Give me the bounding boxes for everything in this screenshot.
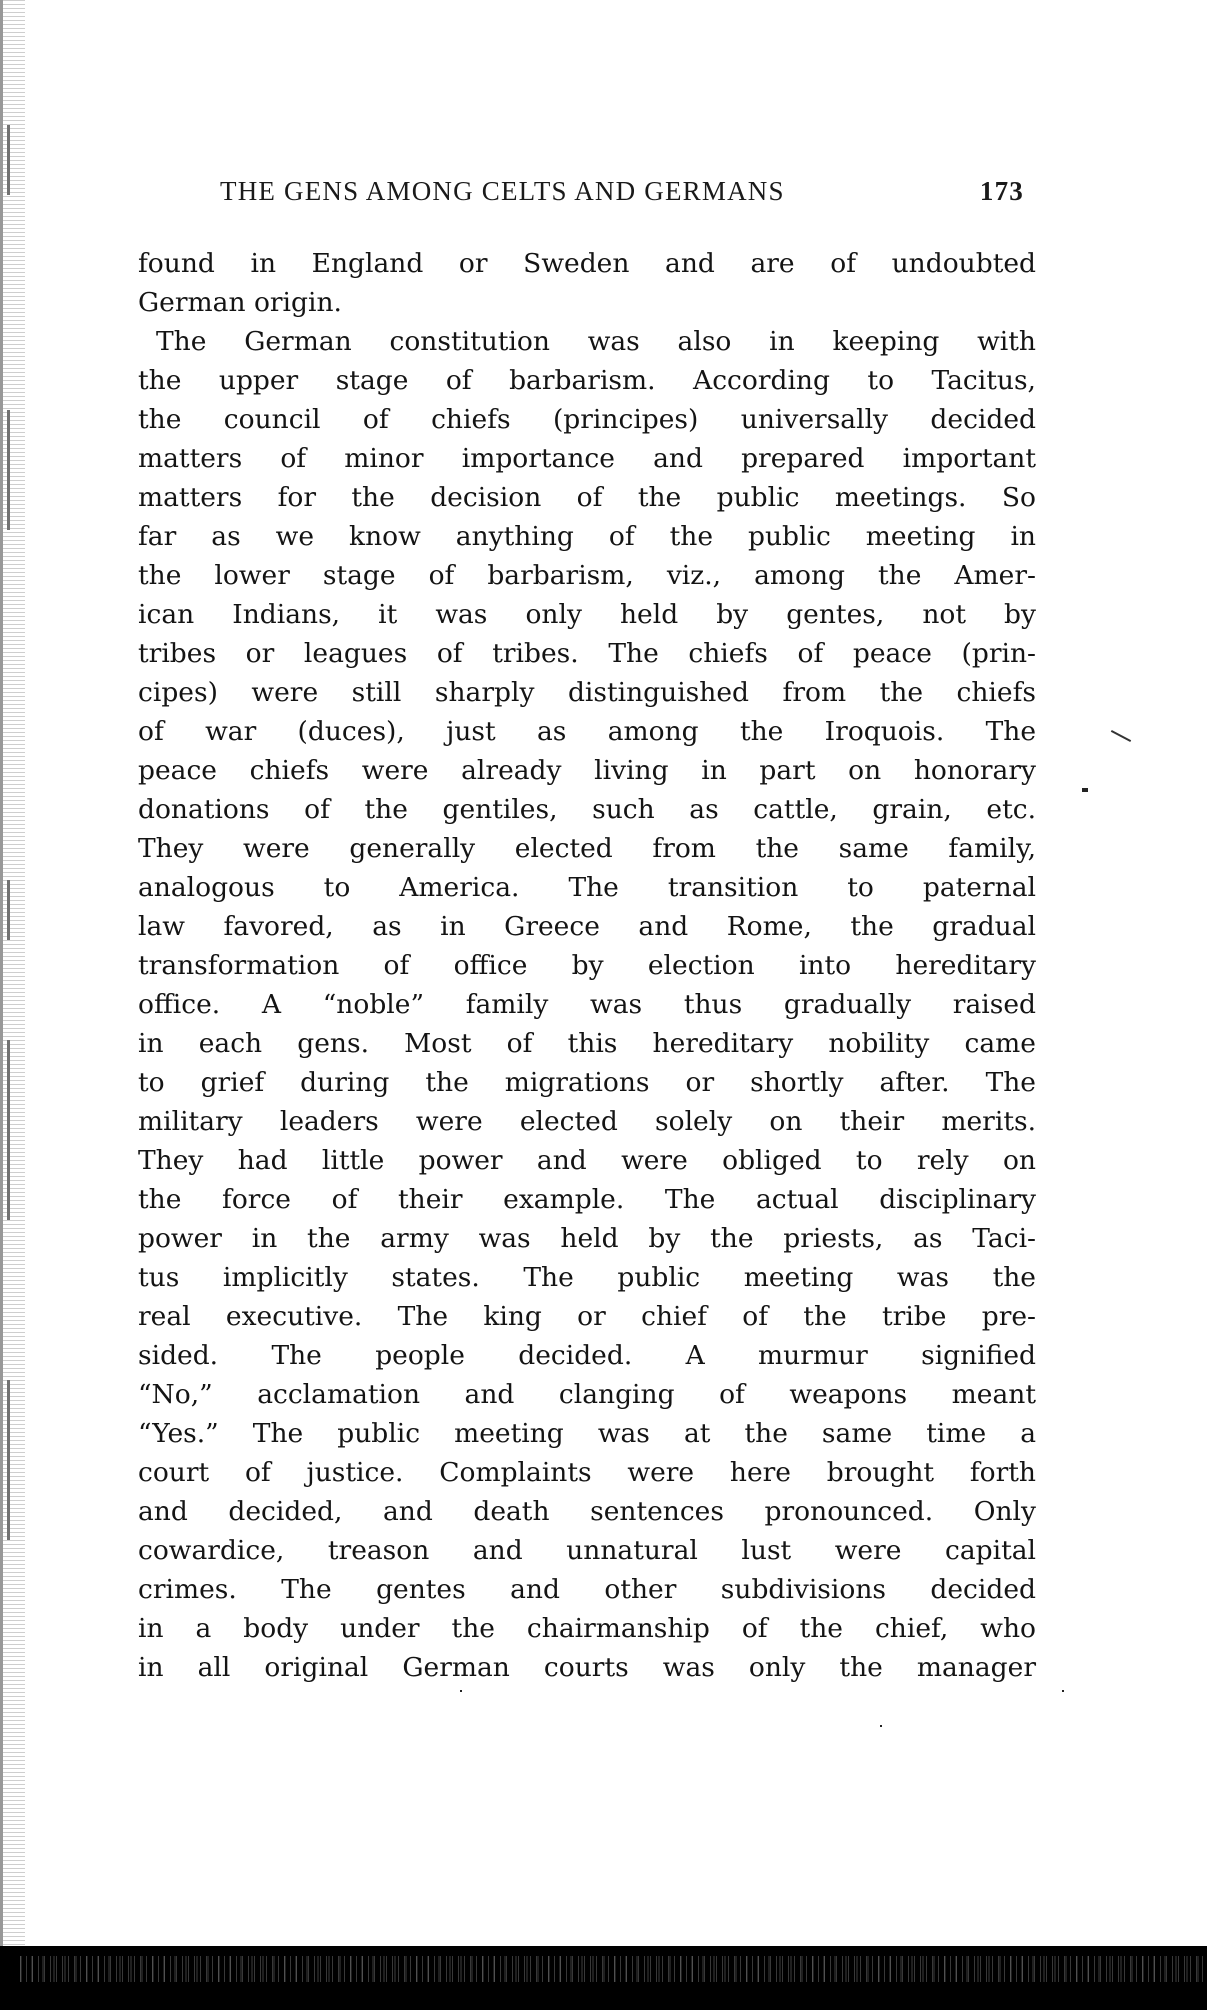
paragraph-start-line: The German constitution was also in keep… — [138, 322, 1036, 361]
text-line: “Yes.” The public meeting was at the sam… — [138, 1414, 1036, 1453]
text-line: cowardice, treason and unnatural lust we… — [138, 1531, 1036, 1570]
page-header: THE GENS AMONG CELTS AND GERMANS 173 — [220, 176, 1040, 212]
margin-pencil-mark — [1111, 730, 1131, 742]
text-line: ican Indians, it was only held by gentes… — [138, 595, 1036, 634]
text-line: found in England or Sweden and are of un… — [138, 244, 1036, 283]
text-line: real executive. The king or chief of the… — [138, 1297, 1036, 1336]
text-line: “No,” acclamation and clanging of weapon… — [138, 1375, 1036, 1414]
text-line: the lower stage of barbarism, viz., amon… — [138, 556, 1036, 595]
text-line: matters for the decision of the public m… — [138, 478, 1036, 517]
page-number: 173 — [980, 176, 1024, 207]
scan-speck — [460, 1690, 462, 1692]
text-line: far as we know anything of the public me… — [138, 517, 1036, 556]
text-line: court of justice. Complaints were here b… — [138, 1453, 1036, 1492]
scan-speck — [880, 1725, 882, 1727]
text-line: of war (duces), just as among the Iroquo… — [138, 712, 1036, 751]
text-line: matters of minor importance and prepared… — [138, 439, 1036, 478]
text-line: cipes) were still sharply distinguished … — [138, 673, 1036, 712]
body-text: found in England or Sweden and are of un… — [138, 244, 1036, 1687]
text-line: analogous to America. The transition to … — [138, 868, 1036, 907]
text-line: in a body under the chairmanship of the … — [138, 1609, 1036, 1648]
scan-noise — [20, 1956, 1207, 1982]
text-line: office. A “noble” family was thus gradua… — [138, 985, 1036, 1024]
text-line: the council of chiefs (principes) univer… — [138, 400, 1036, 439]
text-line: military leaders were elected solely on … — [138, 1102, 1036, 1141]
scan-bottom-band — [0, 1946, 1207, 2010]
text-line: to grief during the migrations or shortl… — [138, 1063, 1036, 1102]
binding-mark — [7, 1040, 10, 1220]
binding-mark — [7, 410, 10, 530]
scan-speck — [1062, 1690, 1064, 1692]
text-line: in all original German courts was only t… — [138, 1648, 1036, 1687]
binding-mark — [7, 1380, 10, 1540]
text-line: the force of their example. The actual d… — [138, 1180, 1036, 1219]
binding-mark — [7, 880, 10, 940]
text-line: German origin. — [138, 283, 1036, 322]
text-line: power in the army was held by the priest… — [138, 1219, 1036, 1258]
text-line: crimes. The gentes and other subdivision… — [138, 1570, 1036, 1609]
text-line: donations of the gentiles, such as cattl… — [138, 790, 1036, 829]
text-line: and decided, and death sentences pronoun… — [138, 1492, 1036, 1531]
text-line: sided. The people decided. A murmur sign… — [138, 1336, 1036, 1375]
text-line: law favored, as in Greece and Rome, the … — [138, 907, 1036, 946]
text-line: the upper stage of barbarism. According … — [138, 361, 1036, 400]
text-line: transformation of office by election int… — [138, 946, 1036, 985]
scan-binding-edge — [0, 0, 25, 1950]
text-line: tus implicitly states. The public meetin… — [138, 1258, 1036, 1297]
binding-mark — [7, 125, 10, 195]
text-line: peace chiefs were already living in part… — [138, 751, 1036, 790]
text-line: They had little power and were obliged t… — [138, 1141, 1036, 1180]
text-line: They were generally elected from the sam… — [138, 829, 1036, 868]
text-line: in each gens. Most of this hereditary no… — [138, 1024, 1036, 1063]
running-title: THE GENS AMONG CELTS AND GERMANS — [220, 176, 785, 207]
text-line: tribes or leagues of tribes. The chiefs … — [138, 634, 1036, 673]
scan-speck — [1082, 788, 1088, 792]
